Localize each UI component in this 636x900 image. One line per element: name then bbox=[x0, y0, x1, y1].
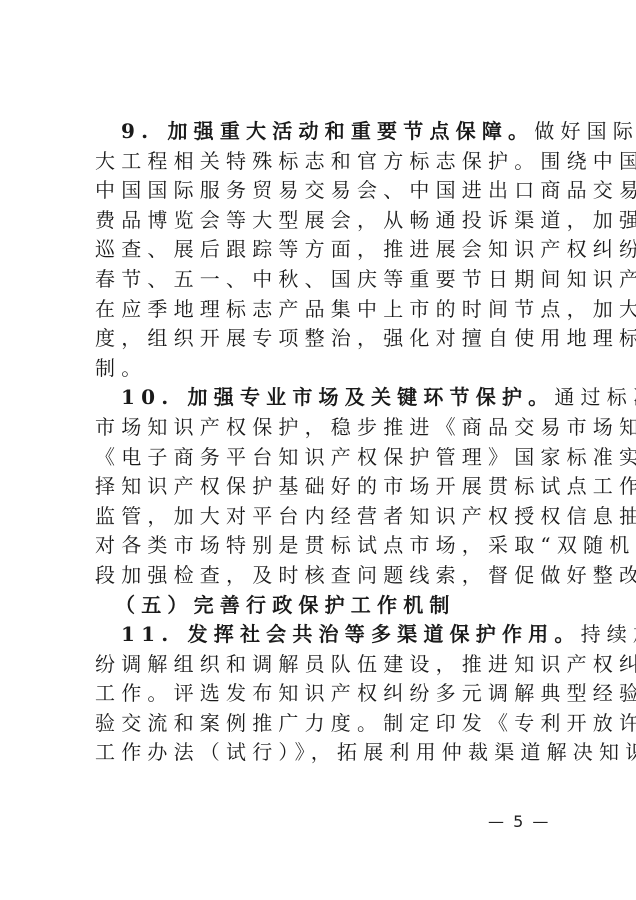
paragraph-9-line-5: 巡查、展后跟踪等方面，推进展会知识产权纠纷快速处理。做好 bbox=[95, 235, 545, 265]
paragraph-10-line-7: 段加强检查，及时核查问题线索，督促做好整改。 bbox=[95, 561, 545, 591]
item-9-heading: 9. 加强重大活动和重要节点保障。 bbox=[121, 119, 534, 143]
paragraph-9-line-6: 春节、五一、中秋、国庆等重要节日期间知识产权保护相关工作。 bbox=[95, 265, 545, 295]
paragraph-10-line-5: 监管，加大对平台内经营者知识产权授权信息抽查检查的力度。 bbox=[95, 502, 545, 532]
paragraph-9-line-7: 在应季地理标志产品集中上市的时间节点，加大风险隐患排查力 bbox=[95, 295, 545, 325]
paragraph-11-line-3: 工作。评选发布知识产权纠纷多元调解典型经验和案例，加大经 bbox=[95, 679, 545, 709]
document-page: 9. 加强重大活动和重要节点保障。做好国际大型赛事、重 大工程相关特殊标志和官方… bbox=[95, 117, 545, 768]
paragraph-11-line-4: 验交流和案例推广力度。制定印发《专利开放许可实施纠纷调解 bbox=[95, 709, 545, 739]
paragraph-9-line-2: 大工程相关特殊标志和官方标志保护。围绕中国国际进口博览会、 bbox=[95, 147, 545, 177]
paragraph-11-line-5: 工作办法（试行）》，拓展利用仲裁渠道解决知识产权纠纷。加强 bbox=[95, 738, 545, 768]
item-10-heading: 10. 加强专业市场及关键环节保护。 bbox=[121, 385, 554, 409]
paragraph-10-line-1: 10. 加强专业市场及关键环节保护。通过标准引领加强专业 bbox=[95, 383, 545, 413]
item-10-text: 通过标准引领加强专业 bbox=[554, 385, 636, 409]
item-11-heading: 11. 发挥社会共治等多渠道保护作用。 bbox=[121, 622, 581, 646]
paragraph-9-line-1: 9. 加强重大活动和重要节点保障。做好国际大型赛事、重 bbox=[95, 117, 545, 147]
paragraph-10-line-4: 择知识产权保护基础好的市场开展贯标试点工作。加强电商平台 bbox=[95, 472, 545, 502]
paragraph-10-line-6: 对各类市场特别是贯标试点市场，采取“双随机、一公开”等手 bbox=[95, 531, 545, 561]
paragraph-9-line-8: 度，组织开展专项整治，强化对擅自使用地理标志违法行为的规 bbox=[95, 324, 545, 354]
paragraph-9-line-3: 中国国际服务贸易交易会、中国进出口商品交易会、中国国际消 bbox=[95, 176, 545, 206]
item-11-text: 持续加强知识产权纠 bbox=[581, 622, 636, 646]
paragraph-10-line-3: 《电子商务平台知识产权保护管理》国家标准实施，指导地方选 bbox=[95, 443, 545, 473]
section-5-heading: （五）完善行政保护工作机制 bbox=[95, 591, 545, 621]
item-9-text: 做好国际大型赛事、重 bbox=[534, 119, 636, 143]
paragraph-9-line-4: 费品博览会等大型展会，从畅通投诉渠道，加强展前排查、展中 bbox=[95, 206, 545, 236]
paragraph-10-line-2: 市场知识产权保护，稳步推进《商品交易市场知识产权保护规范》 bbox=[95, 413, 545, 443]
paragraph-11-line-2: 纷调解组织和调解员队伍建设，推进知识产权纠纷在线诉调对接 bbox=[95, 650, 545, 680]
paragraph-9-line-9: 制。 bbox=[95, 354, 545, 384]
paragraph-11-line-1: 11. 发挥社会共治等多渠道保护作用。持续加强知识产权纠 bbox=[95, 620, 545, 650]
page-number: — 5 — bbox=[488, 812, 550, 831]
